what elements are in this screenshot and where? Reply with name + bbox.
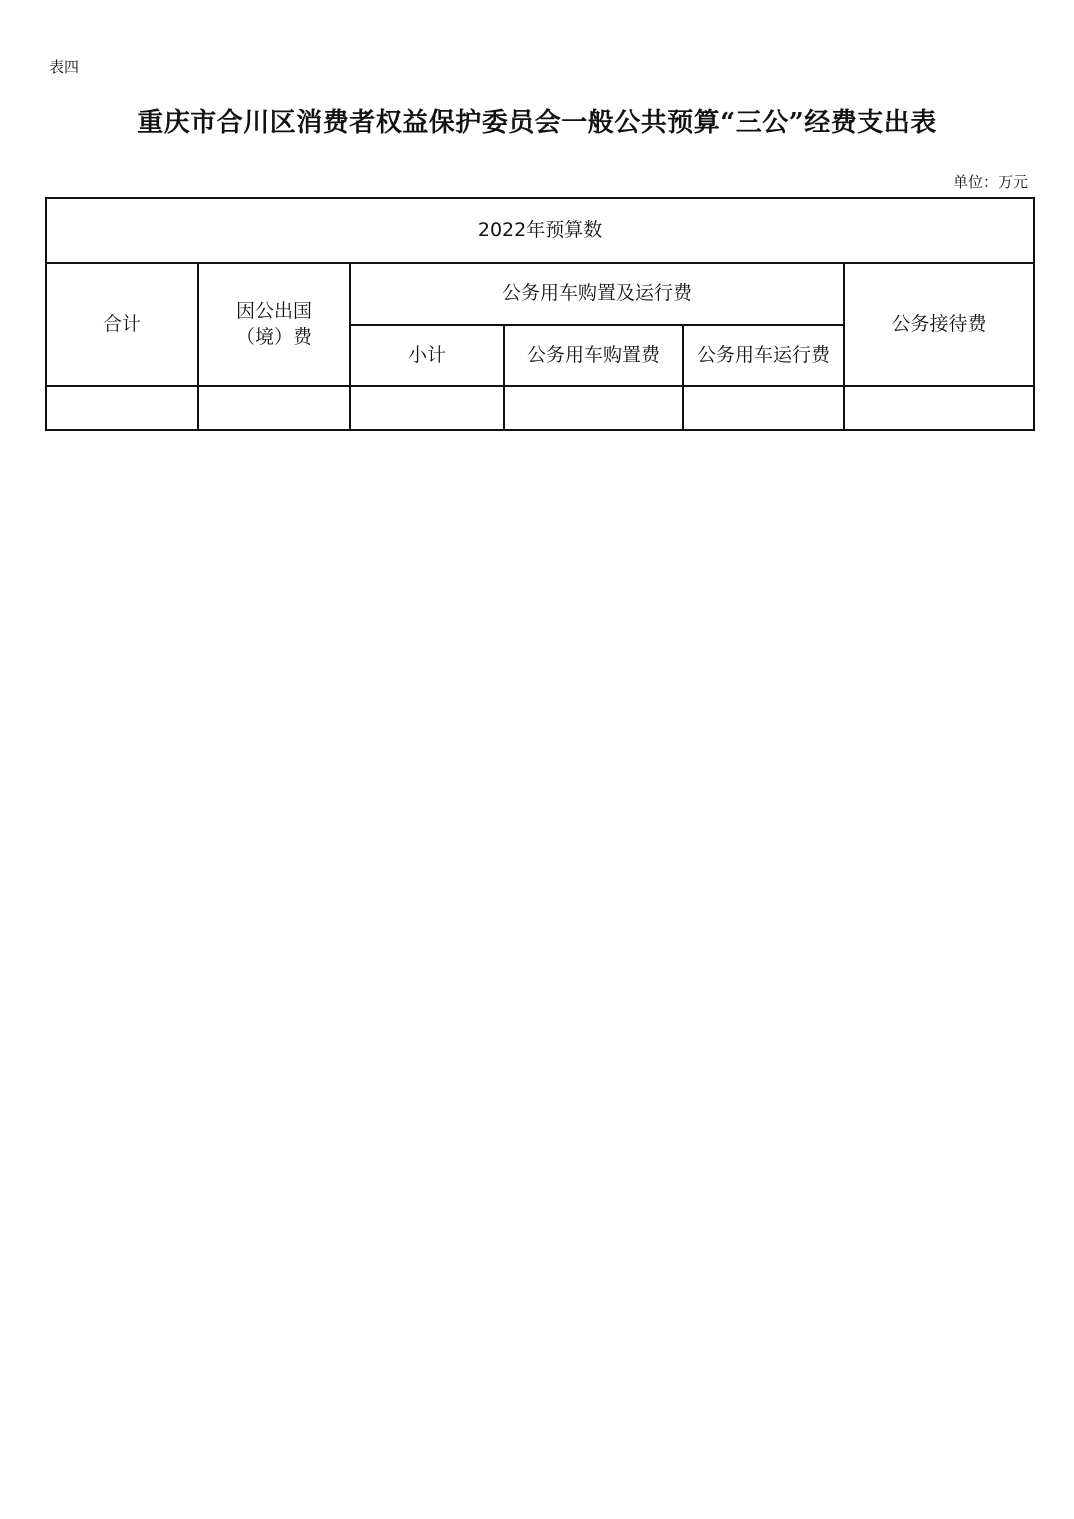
cell-reception	[844, 386, 1034, 430]
page-title: 重庆市合川区消费者权益保护委员会一般公共预算“三公”经费支出表	[0, 102, 1074, 139]
unit-label: 单位：万元	[953, 171, 1028, 192]
header-total: 合计	[46, 263, 198, 386]
cell-vehicle-subtotal	[350, 386, 504, 430]
header-overseas: 因公出国 （境）费	[198, 263, 350, 386]
table-row	[46, 386, 1034, 430]
cell-vehicle-purchase	[504, 386, 683, 430]
budget-year-header: 2022年预算数	[46, 198, 1034, 263]
header-vehicle-subtotal: 小计	[350, 325, 504, 386]
header-reception: 公务接待费	[844, 263, 1034, 386]
table-number-label: 表四	[49, 56, 79, 77]
expense-table: 2022年预算数 合计 因公出国 （境）费 公务用车购置及运行费 公务接待费 小…	[45, 197, 1035, 431]
cell-overseas	[198, 386, 350, 430]
header-vehicle-operation: 公务用车运行费	[683, 325, 844, 386]
header-overseas-line1: 因公出国	[199, 299, 349, 325]
header-overseas-line2: （境）费	[199, 325, 349, 351]
header-vehicle-purchase: 公务用车购置费	[504, 325, 683, 386]
header-vehicle-group: 公务用车购置及运行费	[350, 263, 844, 325]
cell-total	[46, 386, 198, 430]
cell-vehicle-operation	[683, 386, 844, 430]
